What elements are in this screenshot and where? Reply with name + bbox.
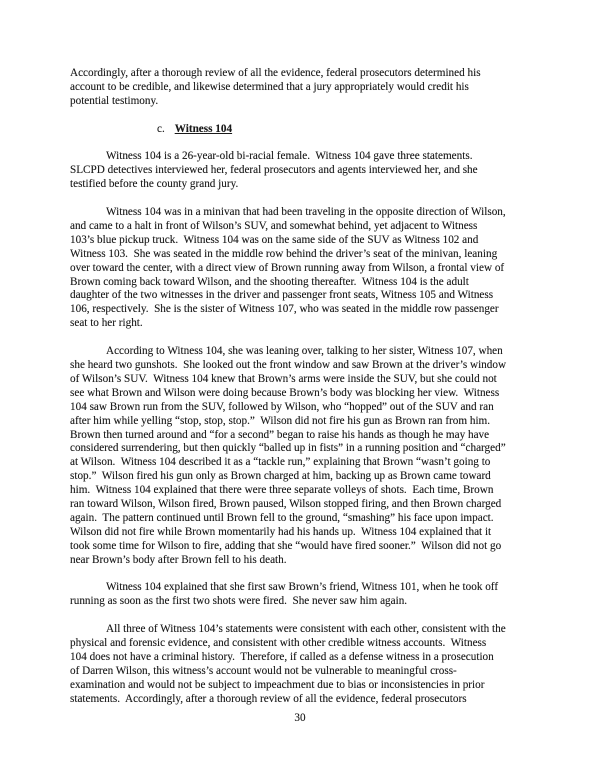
text-line: Wilson did not fire while Brown momentar… (70, 526, 536, 540)
text-line: Witness 103. She was seated in the middl… (70, 248, 536, 262)
text-line: Brown coming back toward Wilson, and the… (70, 276, 536, 290)
paragraph-credibility-conclusion: All three of Witness 104’s statements we… (70, 623, 536, 706)
text-line: of Wilson’s SUV. Witness 104 knew that B… (70, 373, 536, 387)
text-line: account to be credible, and likewise det… (70, 81, 536, 95)
text-line: According to Witness 104, she was leanin… (70, 345, 536, 359)
section-heading-title: Witness 104 (175, 123, 232, 135)
text-line: Witness 104 was in a minivan that had be… (70, 206, 536, 220)
text-line: ran toward Wilson, Wilson fired, Brown p… (70, 498, 536, 512)
text-line: physical and forensic evidence, and cons… (70, 637, 536, 651)
text-line: seat to her right. (70, 317, 536, 331)
page-number: 30 (0, 712, 600, 726)
text-line: took some time for Wilson to fire, addin… (70, 540, 536, 554)
text-line: 103’s blue pickup truck. Witness 104 was… (70, 234, 536, 248)
text-line: 106, respectively. She is the sister of … (70, 303, 536, 317)
text-line: daughter of the two witnesses in the dri… (70, 289, 536, 303)
text-line: SLCPD detectives interviewed her, federa… (70, 164, 536, 178)
text-line: of Darren Wilson, this witness’s account… (70, 665, 536, 679)
text-line: All three of Witness 104’s statements we… (70, 623, 536, 637)
text-line: stop.” Wilson fired his gun only as Brow… (70, 470, 536, 484)
document-page: Accordingly, after a thorough review of … (0, 0, 600, 776)
text-line: Witness 104 explained that she first saw… (70, 581, 536, 595)
text-line: Accordingly, after a thorough review of … (70, 67, 536, 81)
intro-paragraph: Accordingly, after a thorough review of … (70, 67, 536, 109)
text-line: 104 does not have a criminal history. Th… (70, 651, 536, 665)
text-line: again. The pattern continued until Brown… (70, 512, 536, 526)
page-body: Accordingly, after a thorough review of … (70, 67, 536, 707)
text-line: she heard two gunshots. She looked out t… (70, 359, 536, 373)
text-line: near Brown’s body after Brown fell to hi… (70, 554, 536, 568)
text-line: at Wilson. Witness 104 described it as a… (70, 456, 536, 470)
text-line: testified before the county grand jury. (70, 178, 536, 192)
text-line: him. Witness 104 explained that there we… (70, 484, 536, 498)
text-line: 104 saw Brown run from the SUV, followed… (70, 401, 536, 415)
text-line: running as soon as the first two shots w… (70, 595, 536, 609)
text-line: potential testimony. (70, 95, 536, 109)
paragraph-witness-background: Witness 104 is a 26-year-old bi-racial f… (70, 150, 536, 192)
paragraph-minivan-position: Witness 104 was in a minivan that had be… (70, 206, 536, 331)
paragraph-account-of-shooting: According to Witness 104, she was leanin… (70, 345, 536, 568)
section-heading: c.Witness 104 (70, 123, 536, 137)
paragraph-witness-101: Witness 104 explained that she first saw… (70, 581, 536, 609)
section-heading-label: c. (157, 123, 165, 135)
text-line: examination and would not be subject to … (70, 679, 536, 693)
text-line: after him while yelling “stop, stop, sto… (70, 415, 536, 429)
text-line: see what Brown and Wilson were doing bec… (70, 387, 536, 401)
text-line: and came to a halt in front of Wilson’s … (70, 220, 536, 234)
text-line: statements. Accordingly, after a thoroug… (70, 693, 536, 707)
text-line: Witness 104 is a 26-year-old bi-racial f… (70, 150, 536, 164)
text-line: Brown then turned around and “for a seco… (70, 429, 536, 443)
text-line: considered surrendering, but then quickl… (70, 442, 536, 456)
text-line: over toward the center, with a direct vi… (70, 262, 536, 276)
